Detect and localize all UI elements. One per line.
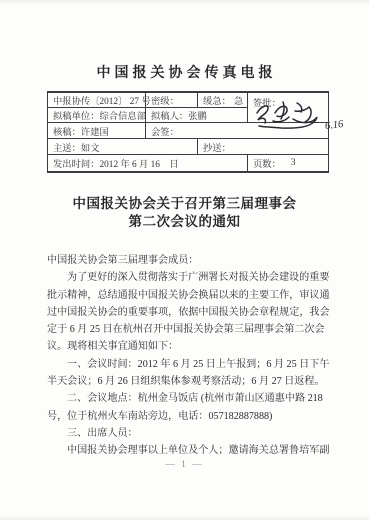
body-line: 为了更好的深入贯彻落实于广洲署长对报关协会建设的重要 bbox=[47, 269, 333, 286]
drafting-unit-cell: 拟稿单位：综合信息部 bbox=[48, 108, 146, 123]
drafting-unit-value: 综合信息部 bbox=[100, 108, 147, 122]
send-time-value: 2012 年 6 月 16 日 bbox=[100, 156, 179, 170]
drafter-value: 张鹏 bbox=[188, 108, 207, 122]
urgency-value: 急 bbox=[234, 93, 243, 107]
body-line: 中国报关协会第三届理事会成员： bbox=[47, 252, 333, 269]
body-line: 一、会议时间：2012 年 6 月 25 日上午报到；6 月 25 日下午 bbox=[47, 356, 333, 373]
main-send-cell: 主送：如文 bbox=[48, 139, 198, 155]
doc-number: 中报协传〔2012〕 27 号 bbox=[53, 93, 151, 107]
fax-header-table: 中报协传〔2012〕 27 号 密级： 缓急：急 签批： 拟稿单位：综合信息部 … bbox=[47, 91, 329, 173]
reviewer-value: 许建国 bbox=[81, 124, 109, 138]
send-time-label: 发出时间： bbox=[53, 156, 100, 170]
page-number: — 1 — bbox=[0, 460, 369, 470]
notice-title-line-1: 中国报关协会关于召开第三届理事会 bbox=[0, 195, 369, 213]
pages-cell: 页数：3 bbox=[248, 155, 328, 171]
body-line: 批示精神，总结通报中国报关协会换届以来的主要工作，审议通 bbox=[47, 287, 333, 304]
drafter-label: 拟稿人： bbox=[151, 108, 188, 122]
body-line: 半天会议；6 月 26 日组织集体参观考察活动；6 月 27 日返程。 bbox=[47, 373, 333, 390]
urgency-cell: 缓急：急 bbox=[198, 93, 248, 108]
body-line: 二、会议地点：杭州金马饭店 (杭州市萧山区通惠中路 218 bbox=[47, 390, 333, 407]
notice-title: 中国报关协会关于召开第三届理事会 第二次会议的通知 bbox=[0, 195, 369, 230]
countersign-cell: 会签： bbox=[146, 123, 328, 139]
approval-cell: 签批： bbox=[248, 93, 328, 123]
reviewer-cell: 核稿：许建国 bbox=[48, 123, 146, 139]
urgency-label: 缓急： bbox=[203, 93, 231, 107]
body-line: 定于 6 月 25 日在杭州召开中国报关协会第三届理事会第二次会 bbox=[47, 321, 333, 338]
body-line: 三、出席人员： bbox=[47, 425, 333, 442]
notice-title-line-2: 第二次会议的通知 bbox=[0, 213, 369, 231]
copy-send-label: 抄送： bbox=[203, 140, 231, 154]
fax-document-page: 中国报关协会传真电报 中报协传〔2012〕 27 号 密级： 缓急：急 签批： … bbox=[0, 0, 369, 520]
main-send-value: 如文 bbox=[81, 140, 100, 154]
main-send-label: 主送： bbox=[53, 140, 81, 154]
body-line: 中国报关协会理事以上单位及个人；邀请海关总署鲁培军副 bbox=[47, 442, 333, 459]
drafting-unit-label: 拟稿单位： bbox=[53, 108, 100, 122]
body-line: 号，位于杭州火车南站旁边，电话：057182887888) bbox=[47, 408, 333, 425]
fax-masthead-title: 中国报关协会传真电报 bbox=[0, 62, 369, 82]
secrecy-cell: 密级： bbox=[146, 93, 198, 108]
reviewer-label: 核稿： bbox=[53, 124, 81, 138]
countersign-label: 会签： bbox=[151, 124, 179, 138]
body-line: 议。现将相关事宜通知如下： bbox=[47, 338, 333, 355]
doc-number-cell: 中报协传〔2012〕 27 号 bbox=[48, 93, 146, 108]
send-time-cell: 发出时间：2012 年 6 月 16 日 bbox=[48, 155, 248, 171]
notice-body: 中国报关协会第三届理事会成员：为了更好的深入贯彻落实于广洲署长对报关协会建设的重… bbox=[47, 252, 333, 460]
pages-value: 3 bbox=[291, 158, 296, 168]
pages-label: 页数： bbox=[253, 156, 281, 170]
body-line: 过中国报关协会的重要事项，依据中国报关协会章程规定，我会 bbox=[47, 304, 333, 321]
drafter-cell: 拟稿人：张鹏 bbox=[146, 108, 248, 123]
approval-label: 签批： bbox=[253, 95, 281, 109]
secrecy-label: 密级： bbox=[151, 93, 179, 107]
copy-send-cell: 抄送： bbox=[198, 139, 328, 155]
